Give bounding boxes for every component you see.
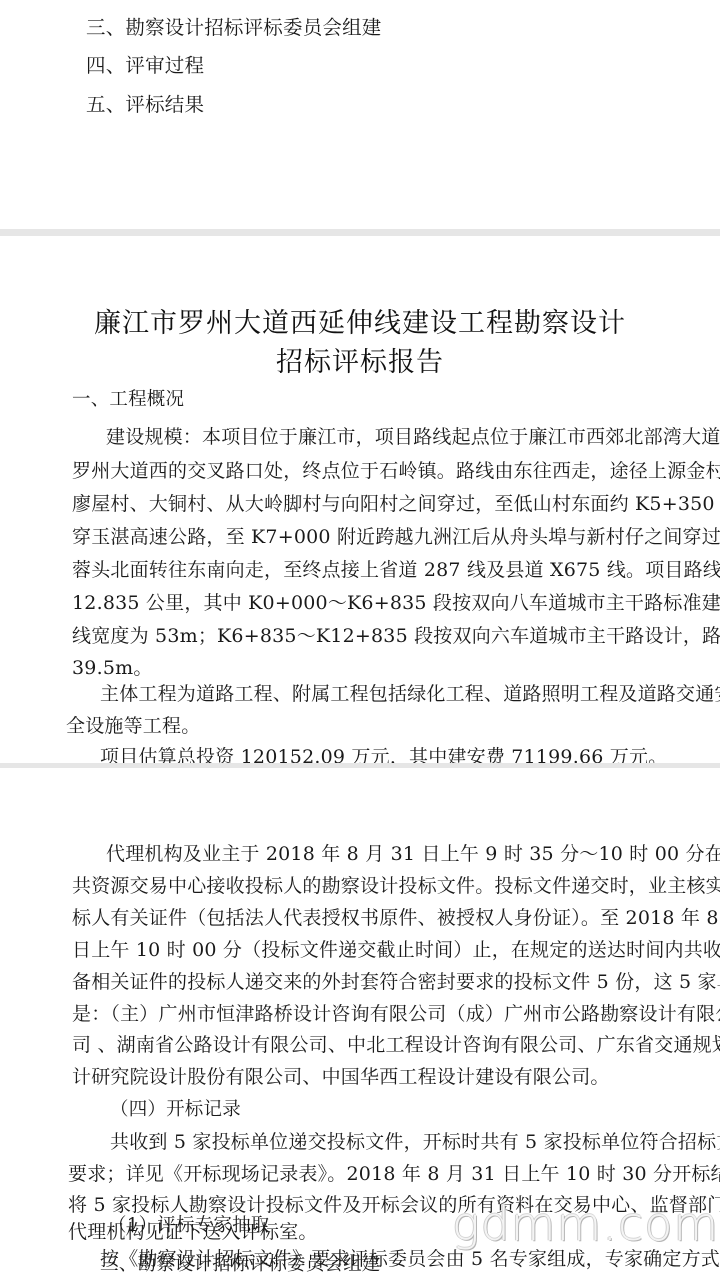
toc-item-committee: 三、勘察设计招标评标委员会组建 — [86, 16, 382, 40]
investment-line: 项目估算总投资 120152.09 万元，其中建安费 71199.66 万元。 — [100, 745, 667, 763]
report-title-line-1: 廉江市罗州大道西延伸线建设工程勘察设计 — [0, 307, 720, 341]
report-title-line-2: 招标评标报告 — [0, 346, 720, 380]
paragraph-line: 12.835 公里，其中 K0+000～K6+835 段按双向八车道城市主干路标… — [72, 591, 720, 615]
paragraph-line: 代理机构及业主于 2018 年 8 月 31 日上午 9 时 35 分～10 时… — [106, 842, 720, 866]
paragraph-line: 司 、湖南省公路设计有限公司、中北工程设计咨询有限公司、广东省交通规划设 — [72, 1033, 720, 1057]
paragraph-line: 标人有关证件（包括法人代表授权书原件、被授权人身份证）。至 2018 年 8 月… — [72, 906, 720, 930]
paragraph-line: 是：（主）广州市恒津路桥设计咨询有限公司（成）广州市公路勘察设计有限公 — [72, 1002, 720, 1026]
document-page-2: 廉江市罗州大道西延伸线建设工程勘察设计 招标评标报告 一、工程概况 建设规模：本… — [0, 236, 720, 763]
section-heading-project-overview: 一、工程概况 — [72, 388, 184, 412]
subheading-expert-selection: （1）评标专家抽取 — [108, 1214, 270, 1238]
subheading-bid-opening-record: （四）开标记录 — [110, 1098, 241, 1122]
paragraph-line: 线宽度为 53m；K6+835～K12+835 段按双向六车道城市主干路设计，路… — [72, 624, 720, 648]
paragraph-line: 主体工程为道路工程、附属工程包括绿化工程、道路照明工程及道路交通安 — [100, 682, 720, 706]
paragraph-line: 备相关证件的投标人递交来的外封套符合密封要求的投标文件 5 份，这 5 家单位 — [72, 970, 720, 994]
paragraph-line: 廖屋村、大铜村、从大岭脚村与向阳村之间穿过，至低山村东面约 K5+350 附近下 — [72, 492, 720, 516]
paragraph-line: 蓉头北面转往东南向走，至终点接上省道 287 线及县道 X675 线。项目路线全… — [72, 558, 720, 582]
paragraph-line: 全设施等工程。 — [66, 714, 200, 738]
paragraph-line: 穿玉湛高速公路，至 K7+000 附近跨越九洲江后从舟头埠与新村仔之间穿过，至芙 — [72, 525, 720, 549]
paragraph-line: 计研究院设计股份有限公司、中国华西工程设计建设有限公司。 — [72, 1065, 610, 1089]
toc-item-review-process: 四、评审过程 — [86, 54, 204, 78]
paragraph-line: 要求；详见《开标现场记录表》。2018 年 8 月 31 日上午 10 时 30… — [68, 1162, 720, 1186]
watermark: gdmm.com — [452, 1197, 719, 1251]
toc-item-results: 五、评标结果 — [86, 93, 204, 117]
paragraph-line: 建设规模：本项目位于廉江市，项目路线起点位于廉江市西郊北部湾大道与 — [106, 425, 720, 449]
paragraph-line: 共资源交易中心接收投标人的勘察设计投标文件。投标文件递交时，业主核实投 — [72, 874, 720, 898]
paragraph-line: 共收到 5 家投标单位递交投标文件，开标时共有 5 家投标单位符合招标文件 — [110, 1130, 720, 1154]
paragraph-line: 日上午 10 时 00 分（投标文件递交截止时间）止，在规定的送达时间内共收到具 — [72, 938, 720, 962]
document-page-1: 三、勘察设计招标评标委员会组建 四、评审过程 五、评标结果 — [0, 0, 720, 229]
paragraph-line: 39.5m。 — [72, 656, 153, 680]
paragraph-line: 罗州大道西的交叉路口处，终点位于石岭镇。路线由东往西走，途径上源金村、 — [72, 459, 720, 483]
